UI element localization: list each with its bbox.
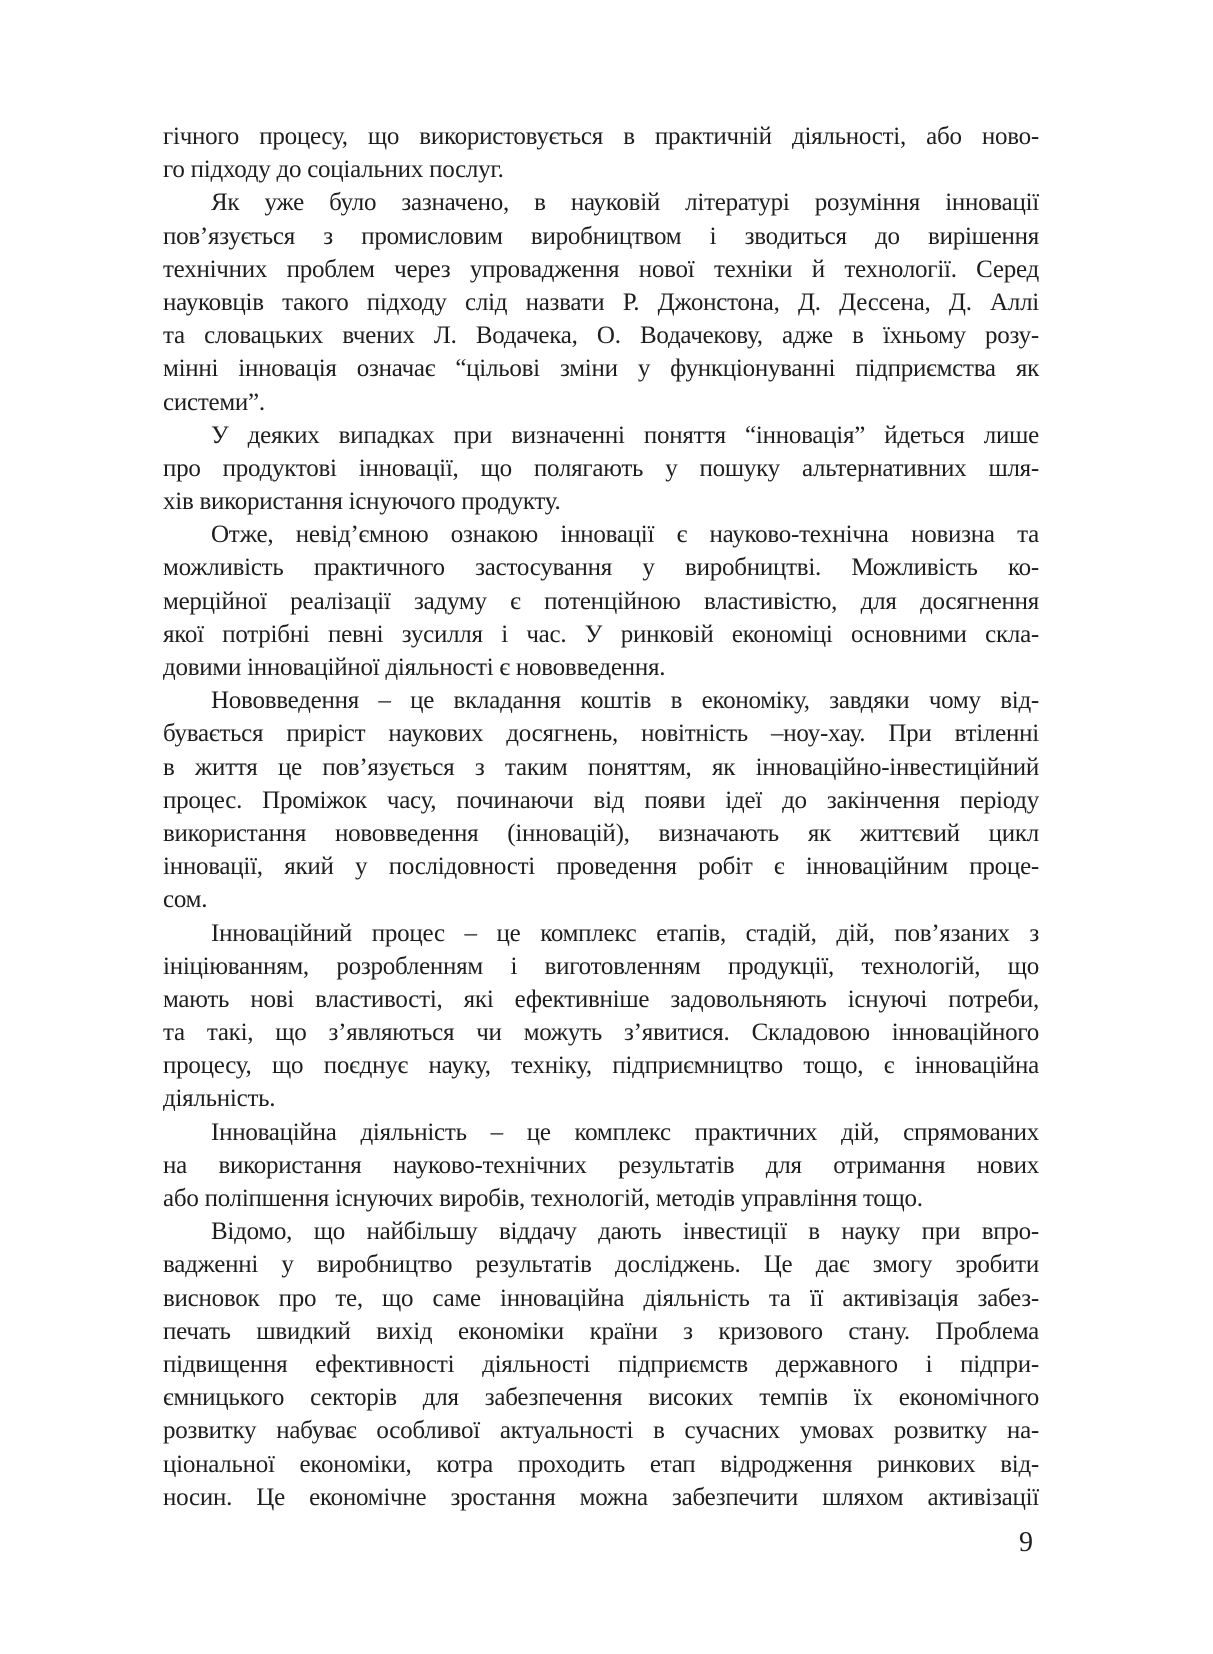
text-line: довими інноваційної діяльності є нововве…	[163, 651, 1039, 684]
text-line: можливість практичного застосування у ви…	[163, 551, 1039, 584]
text-line: Нововведення – це вкладання коштів в еко…	[163, 684, 1039, 717]
text-line: підвищення ефективності діяльності підпр…	[163, 1348, 1039, 1381]
text-line: технічних проблем через упровадження нов…	[163, 253, 1039, 286]
paragraph: Нововведення – це вкладання коштів в еко…	[163, 684, 1039, 916]
text-line: У деяких випадках при визначенні поняття…	[163, 419, 1039, 452]
text-line: сом.	[163, 883, 1039, 916]
text-line: та словацьких вчених Л. Водачека, О. Вод…	[163, 319, 1039, 352]
text-line: бувається приріст наукових досягнень, но…	[163, 717, 1039, 750]
document-page-body: гічного процесу, що використовується в п…	[163, 120, 1039, 1514]
text-line: Отже, невід’ємною ознакою інновації є на…	[163, 518, 1039, 551]
paragraph: Як уже було зазначено, в науковій літера…	[163, 186, 1039, 418]
paragraph: Отже, невід’ємною ознакою інновації є на…	[163, 518, 1039, 684]
text-line: вадженні у виробництво результатів дослі…	[163, 1248, 1039, 1281]
text-line: Інноваційна діяльність – це комплекс пра…	[163, 1116, 1039, 1149]
text-line: системи”.	[163, 386, 1039, 419]
text-line: ціональної економіки, котра проходить ет…	[163, 1448, 1039, 1481]
paragraph: Інноваційний процес – це комплекс етапів…	[163, 917, 1039, 1116]
paragraph: Відомо, що найбільшу віддачу дають інвес…	[163, 1215, 1039, 1514]
text-line: Інноваційний процес – це комплекс етапів…	[163, 917, 1039, 950]
text-line: та такі, що з’являються чи можуть з’явит…	[163, 1016, 1039, 1049]
text-line: гічного процесу, що використовується в п…	[163, 120, 1039, 153]
text-line: мають нові властивості, які ефективніше …	[163, 983, 1039, 1016]
text-line: або поліпшення існуючих виробів, техноло…	[163, 1182, 1039, 1215]
text-line: процесу, що поєднує науку, техніку, підп…	[163, 1049, 1039, 1082]
text-line: го підходу до соціальних послуг.	[163, 153, 1039, 186]
text-line: в життя це пов’язується з таким поняттям…	[163, 751, 1039, 784]
text-line: мерційної реалізації задуму є потенційно…	[163, 585, 1039, 618]
text-line: якої потрібні певні зусилля і час. У рин…	[163, 618, 1039, 651]
text-line: ємницького секторів для забезпечення вис…	[163, 1381, 1039, 1414]
page-number: 9	[1019, 1527, 1033, 1559]
text-line: використання нововведення (інновацій), в…	[163, 817, 1039, 850]
text-line: діяльність.	[163, 1082, 1039, 1115]
text-line: інновації, який у послідовності проведен…	[163, 850, 1039, 883]
text-line: мінні інновація означає “цільові зміни у…	[163, 352, 1039, 385]
text-line: висновок про те, що саме інноваційна дія…	[163, 1282, 1039, 1315]
text-line: на використання науково-технічних резуль…	[163, 1149, 1039, 1182]
text-line: про продуктові інновації, що полягають у…	[163, 452, 1039, 485]
text-line: печать швидкий вихід економіки країни з …	[163, 1315, 1039, 1348]
text-line: ініціюванням, розробленням і виготовленн…	[163, 950, 1039, 983]
paragraph: У деяких випадках при визначенні поняття…	[163, 419, 1039, 519]
paragraph: Інноваційна діяльність – це комплекс пра…	[163, 1116, 1039, 1216]
text-line: Як уже було зазначено, в науковій літера…	[163, 186, 1039, 219]
text-line: пов’язується з промисловим виробництвом …	[163, 220, 1039, 253]
text-line: Відомо, що найбільшу віддачу дають інвес…	[163, 1215, 1039, 1248]
paragraph: гічного процесу, що використовується в п…	[163, 120, 1039, 186]
text-line: процес. Проміжок часу, починаючи від поя…	[163, 784, 1039, 817]
text-line: носин. Це економічне зростання можна заб…	[163, 1481, 1039, 1514]
text-line: науковців такого підходу слід назвати Р.…	[163, 286, 1039, 319]
text-line: хів використання існуючого продукту.	[163, 485, 1039, 518]
text-line: розвитку набуває особливої актуальності …	[163, 1414, 1039, 1447]
